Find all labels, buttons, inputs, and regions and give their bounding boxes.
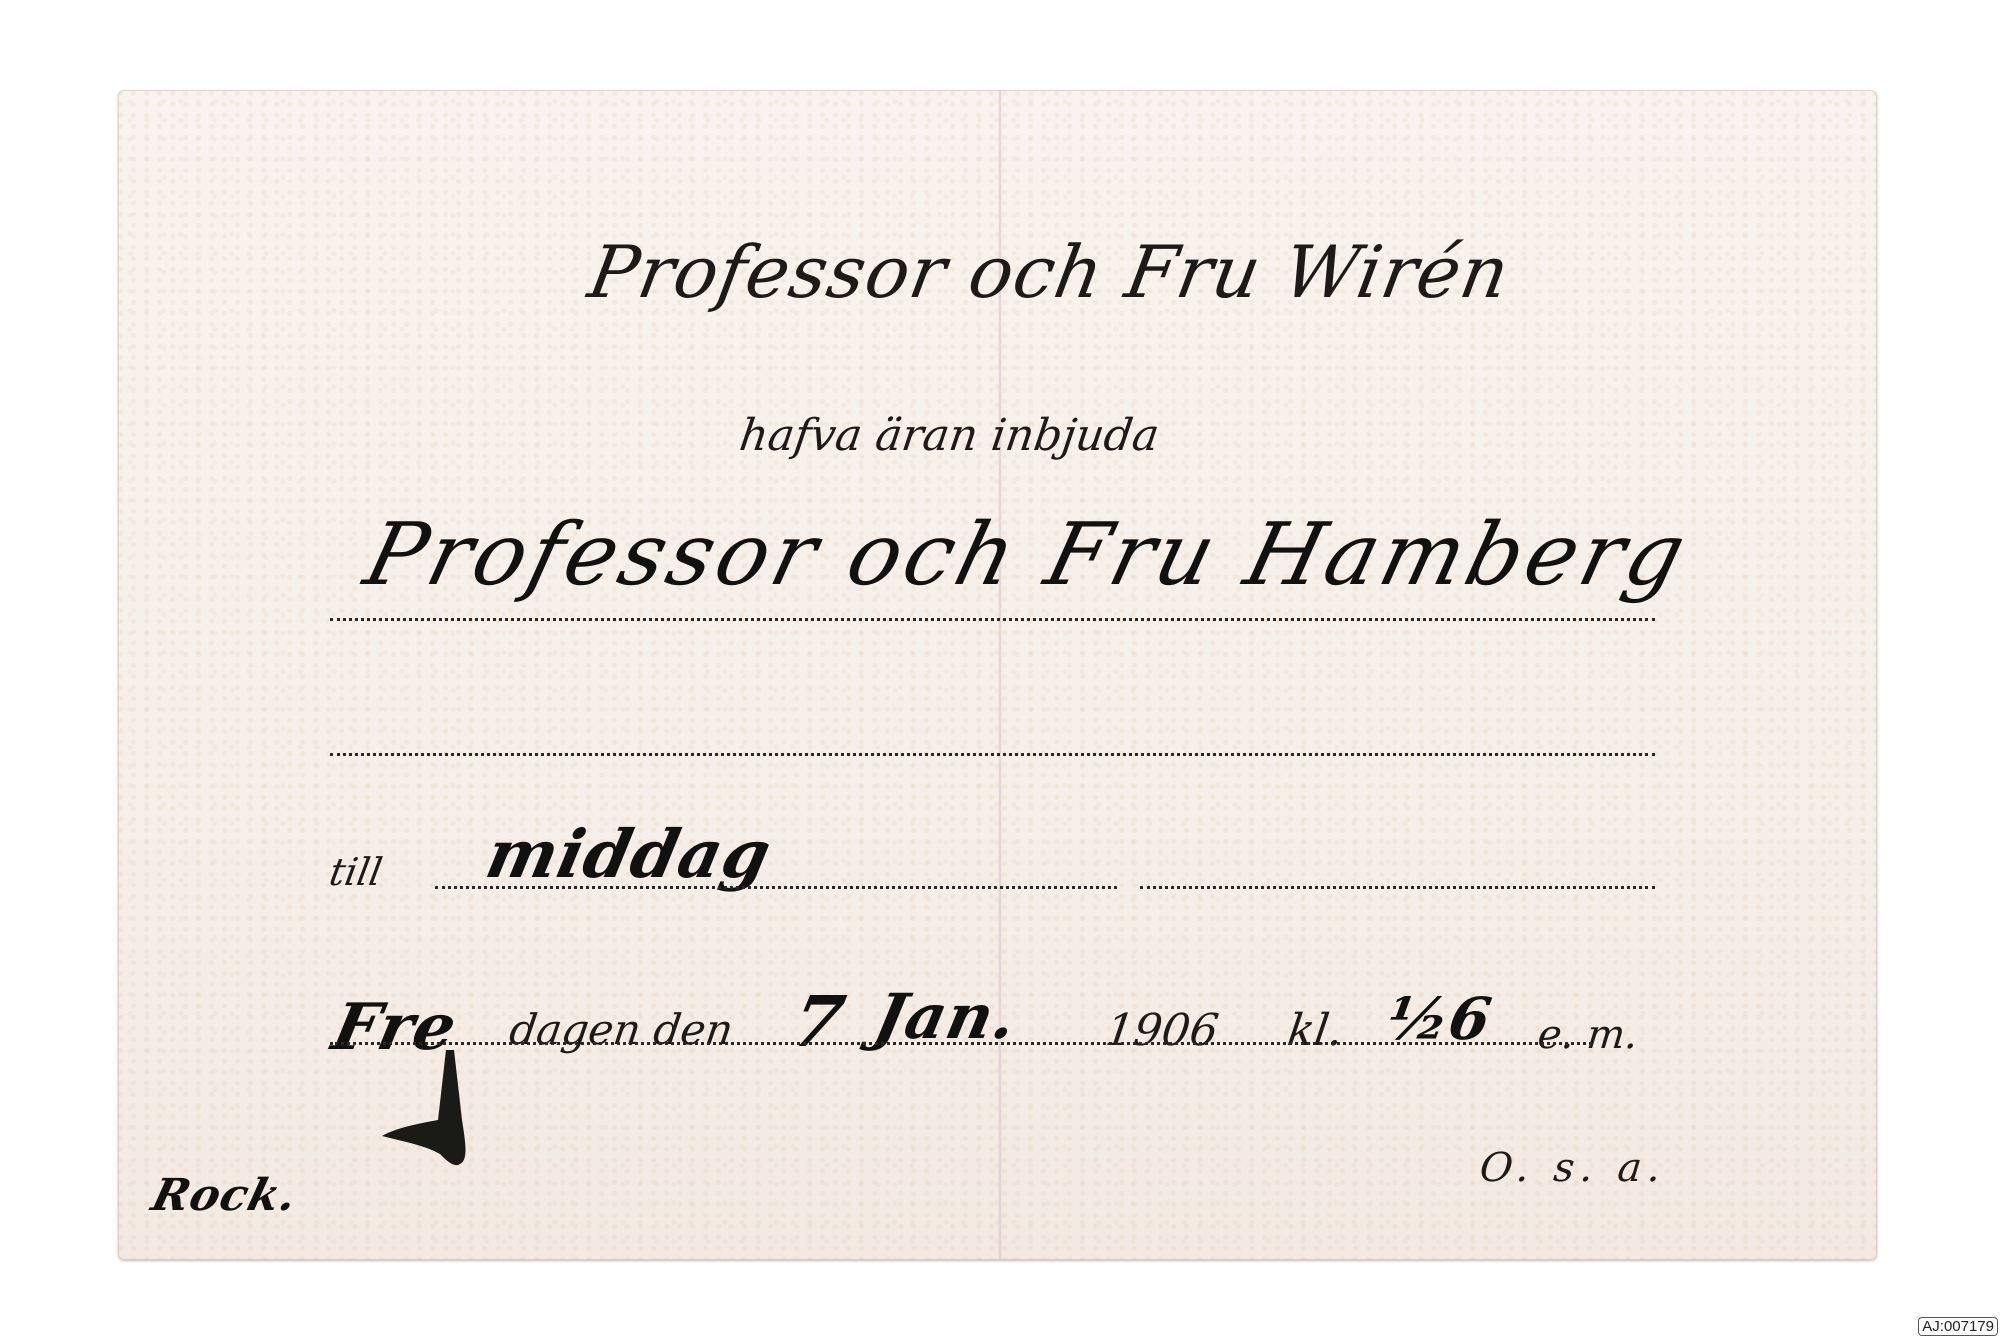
guest-dotted-line-second (330, 753, 1655, 756)
dagen-den-label: dagen den (507, 1005, 737, 1054)
hosts-heading: Professor och Fru Wirén (583, 230, 1517, 314)
rsvp-note: O. s. a. (1478, 1145, 1669, 1191)
invitation-card: Professor och Fru Wirén hafva äran inbju… (118, 90, 1877, 1260)
handwritten-dress-code: Rock. (147, 1170, 303, 1221)
ink-blot-icon (376, 1050, 536, 1170)
catalog-label: AJ:007179 (1918, 1317, 1998, 1336)
occasion-dotted-line (435, 886, 1117, 889)
occasion-dotted-line-second (1140, 886, 1655, 889)
guest-dotted-line (330, 618, 1655, 621)
handwritten-day: 7 (785, 980, 852, 1063)
handwritten-occasion: middag (480, 815, 779, 893)
handwritten-guests: Professor och Fru Hamberg (356, 505, 1699, 605)
year: 1906 (1102, 1005, 1221, 1056)
till-label: till (326, 850, 385, 894)
date-dotted-line (330, 1042, 1592, 1045)
time-suffix: e. m. (1536, 1012, 1641, 1058)
kl-label: kl. (1284, 1005, 1346, 1056)
invite-phrase: hafva äran inbjuda (736, 410, 1162, 461)
